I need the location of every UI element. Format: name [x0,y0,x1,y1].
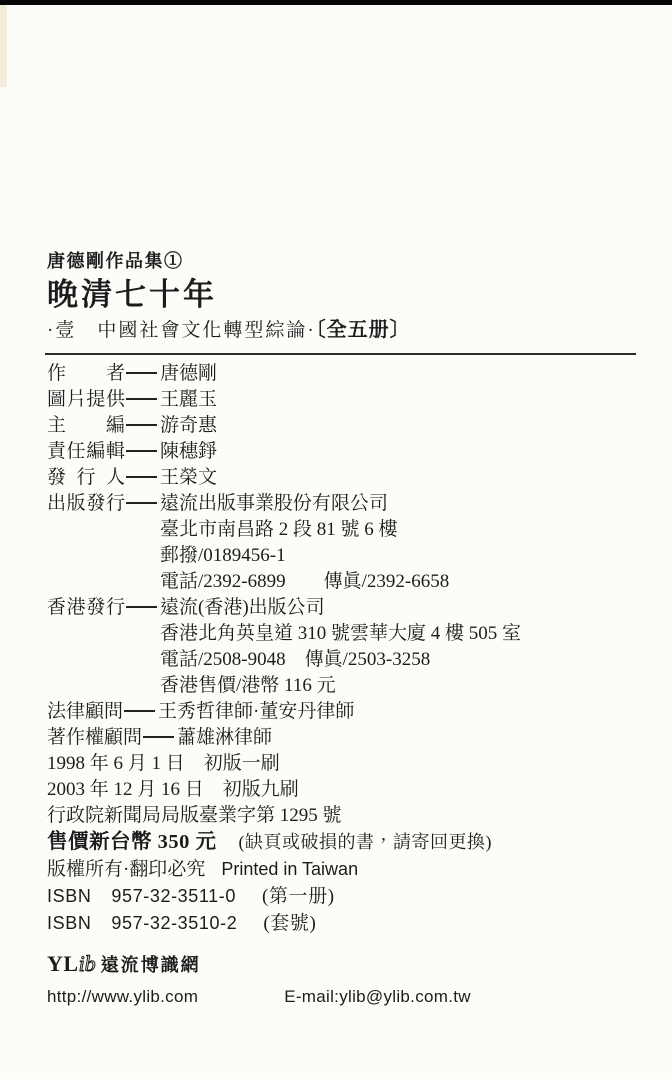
retail-price: 售價新台幣 350 元 [47,831,217,853]
publisher-name: 遠流(香港)出版公司 [160,597,325,618]
credit-row-editor: 主編游奇惠 [47,413,638,439]
credit-label: 責任編輯 [47,439,125,465]
publisher-address: 臺北市南昌路 2 段 81 號 6 樓 [47,517,638,543]
advisor-value: 王秀哲律師·董安丹律師 [158,701,354,722]
credit-label: 發行人 [47,465,125,491]
scan-top-edge [0,0,672,5]
ylib-logo-ib: ib [79,951,96,976]
phone-fax: 電話/2508-9048 傳眞/2503-3258 [47,647,638,673]
colophon-content: 唐德剛作品集① 晚清七十年 ·壹 中國社會文化轉型綜論·〔全五册〕 作者唐德剛 … [47,249,638,1007]
credit-value: 陳穗錚 [160,441,217,462]
publisher-footer: YLib遠流博識網 http://www.ylib.com E-mail:yli… [47,950,638,1007]
isbn-label: ISBN [47,886,91,906]
advisor-label: 著作權顧問 [47,727,142,748]
copyright-row: 版權所有·翻印必究Printed in Taiwan [47,856,638,883]
legal-advisor-row: 法律顧問王秀哲律師·董安丹律師 [47,699,638,725]
website-url: http://www.ylib.com [47,987,198,1007]
credit-row-author: 作者唐德剛 [47,361,638,387]
header-divider [45,353,636,355]
credit-label: 作者 [47,361,125,387]
credit-row-publisher-person: 發行人王榮文 [47,465,638,491]
publisher-row-taipei: 出版發行遠流出版事業股份有限公司 [47,491,638,517]
scan-left-edge-artifact [0,5,7,87]
copyright-zh: 版權所有·翻印必究 [47,859,205,880]
dash-rule [126,606,157,608]
publisher-label: 香港發行 [47,595,125,621]
credit-value: 游奇惠 [160,415,217,436]
printed-in-taiwan: Printed in Taiwan [221,859,358,879]
publisher-address: 香港北角英皇道 310 號雲華大廈 4 樓 505 室 [47,621,638,647]
ylib-site-name: 遠流博識網 [101,955,201,975]
dash-rule [126,450,157,452]
isbn-code: 957-32-3510-2 [111,913,237,933]
isbn-note: (套號) [263,913,316,934]
dash-rule [126,398,157,400]
replacement-note: (缺頁或破損的書，請寄回更換) [239,832,493,852]
credit-row-photos: 圖片提供王麗玉 [47,387,638,413]
dash-rule [126,424,157,426]
isbn-volume-row: ISBN957-32-3511-0(第一册) [47,883,638,910]
dash-rule [143,736,174,738]
dash-rule [126,476,157,478]
credit-value: 王榮文 [160,467,217,488]
book-title: 晚清七十年 [47,275,638,315]
ylib-logo-yl: YL [47,951,79,976]
credit-row-managing-editor: 責任編輯陳穗錚 [47,439,638,465]
ninth-printing-date: 2003 年 12 月 16 日 初版九刷 [47,777,638,803]
advisor-label: 法律顧問 [47,701,123,722]
credit-value: 王麗玉 [160,389,217,410]
credit-value: 唐德剛 [160,363,217,384]
phone-fax: 電話/2392-6899 傳眞/2392-6658 [47,569,638,595]
copyright-advisor-row: 著作權顧問蕭雄淋律師 [47,725,638,751]
series-title: 唐德剛作品集① [47,249,638,273]
hk-price: 香港售價/港幣 116 元 [47,673,638,699]
credit-label: 圖片提供 [47,387,125,413]
scanned-colophon-page: 唐德剛作品集① 晚清七十年 ·壹 中國社會文化轉型綜論·〔全五册〕 作者唐德剛 … [0,0,672,1079]
credit-label: 主編 [47,413,125,439]
ylib-logo: YLib遠流博識網 [47,950,638,981]
publisher-name: 遠流出版事業股份有限公司 [160,493,388,514]
dash-rule [126,502,157,504]
price-row: 售價新台幣 350 元(缺頁或破損的書，請寄回更換) [47,829,638,856]
first-printing-date: 1998 年 6 月 1 日 初版一刷 [47,751,638,777]
email-address: E-mail:ylib@ylib.com.tw [284,987,471,1007]
isbn-code: 957-32-3511-0 [111,886,236,906]
book-subtitle: ·壹 中國社會文化轉型綜論·〔全五册〕 [47,315,638,346]
gio-license-number: 行政院新聞局局版臺業字第 1295 號 [47,803,638,829]
publisher-row-hongkong: 香港發行遠流(香港)出版公司 [47,595,638,621]
contact-row: http://www.ylib.com E-mail:ylib@ylib.com… [47,987,638,1007]
isbn-set-row: ISBN957-32-3510-2(套號) [47,910,638,937]
dash-rule [126,372,157,374]
advisor-value: 蕭雄淋律師 [177,727,272,748]
isbn-label: ISBN [47,913,91,933]
subtitle-text: ·壹 中國社會文化轉型綜論· [47,320,316,341]
postal-account: 郵撥/0189456-1 [47,543,638,569]
isbn-note: (第一册) [262,886,335,907]
volume-count: 〔全五册〕 [316,319,411,341]
publisher-label: 出版發行 [47,491,125,517]
dash-rule [124,710,155,712]
